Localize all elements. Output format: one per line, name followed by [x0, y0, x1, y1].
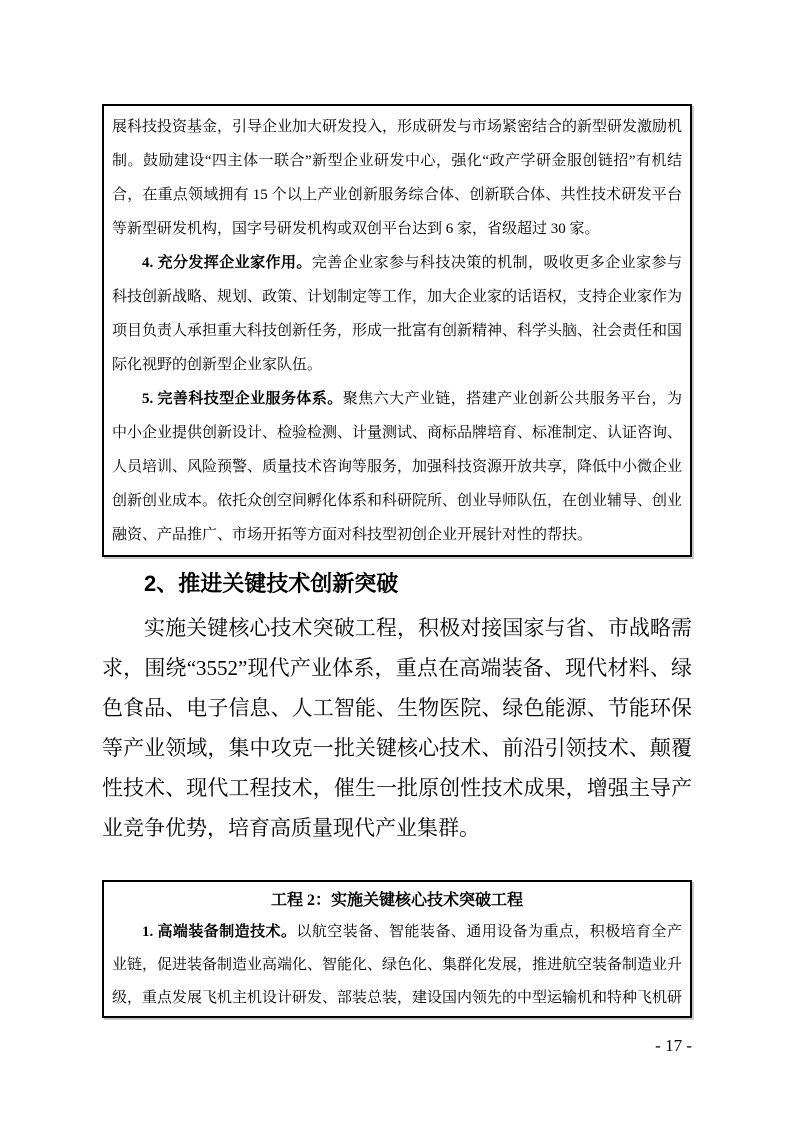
project-paragraph-item-1: 1. 高端装备制造技术。以航空装备、智能装备、通用设备为重点，积极培育全产业链，… [112, 916, 682, 1018]
paragraph-continuation: 展科技投资基金，引导企业加大研发投入，形成研发与市场紧密结合的新型研发激励机制。… [112, 110, 682, 246]
bordered-text-box-project: 工程 2：实施关键核心技术突破工程 1. 高端装备制造技术。以航空装备、智能装备… [102, 880, 692, 1018]
project-paragraph-item-1-lead: 1. 高端装备制造技术。 [142, 924, 296, 940]
section-heading: 2、推进关键技术创新突破 [102, 568, 692, 600]
paragraph-item-5-lead: 5. 完善科技型企业服务体系。 [142, 391, 343, 407]
paragraph-item-5: 5. 完善科技型企业服务体系。聚焦六大产业链，搭建产业创新公共服务平台，为中小企… [112, 382, 682, 552]
document-page: 展科技投资基金，引导企业加大研发投入，形成研发与市场紧密结合的新型研发激励机制。… [0, 0, 793, 1122]
paragraph-item-4-text: 完善企业家参与科技决策的机制，吸收更多企业家参与科技创新战略、规划、政策、计划制… [112, 255, 682, 373]
bordered-text-box-top: 展科技投资基金，引导企业加大研发投入，形成研发与市场紧密结合的新型研发激励机制。… [102, 104, 692, 557]
page-number: - 17 - [102, 1034, 692, 1058]
paragraph-continuation-text: 展科技投资基金，引导企业加大研发投入，形成研发与市场紧密结合的新型研发激励机制。… [112, 119, 682, 237]
paragraph-item-4-lead: 4. 充分发挥企业家作用。 [142, 255, 312, 271]
section-paragraph: 实施关键核心技术突破工程，积极对接国家与省、市战略需求，围绕“3552”现代产业… [102, 608, 692, 848]
paragraph-item-5-text: 聚焦六大产业链，搭建产业创新公共服务平台，为中小企业提供创新设计、检验检测、计量… [112, 391, 682, 543]
paragraph-item-4: 4. 充分发挥企业家作用。完善企业家参与科技决策的机制，吸收更多企业家参与科技创… [112, 246, 682, 382]
project-box-title: 工程 2：实施关键核心技术突破工程 [112, 886, 682, 916]
